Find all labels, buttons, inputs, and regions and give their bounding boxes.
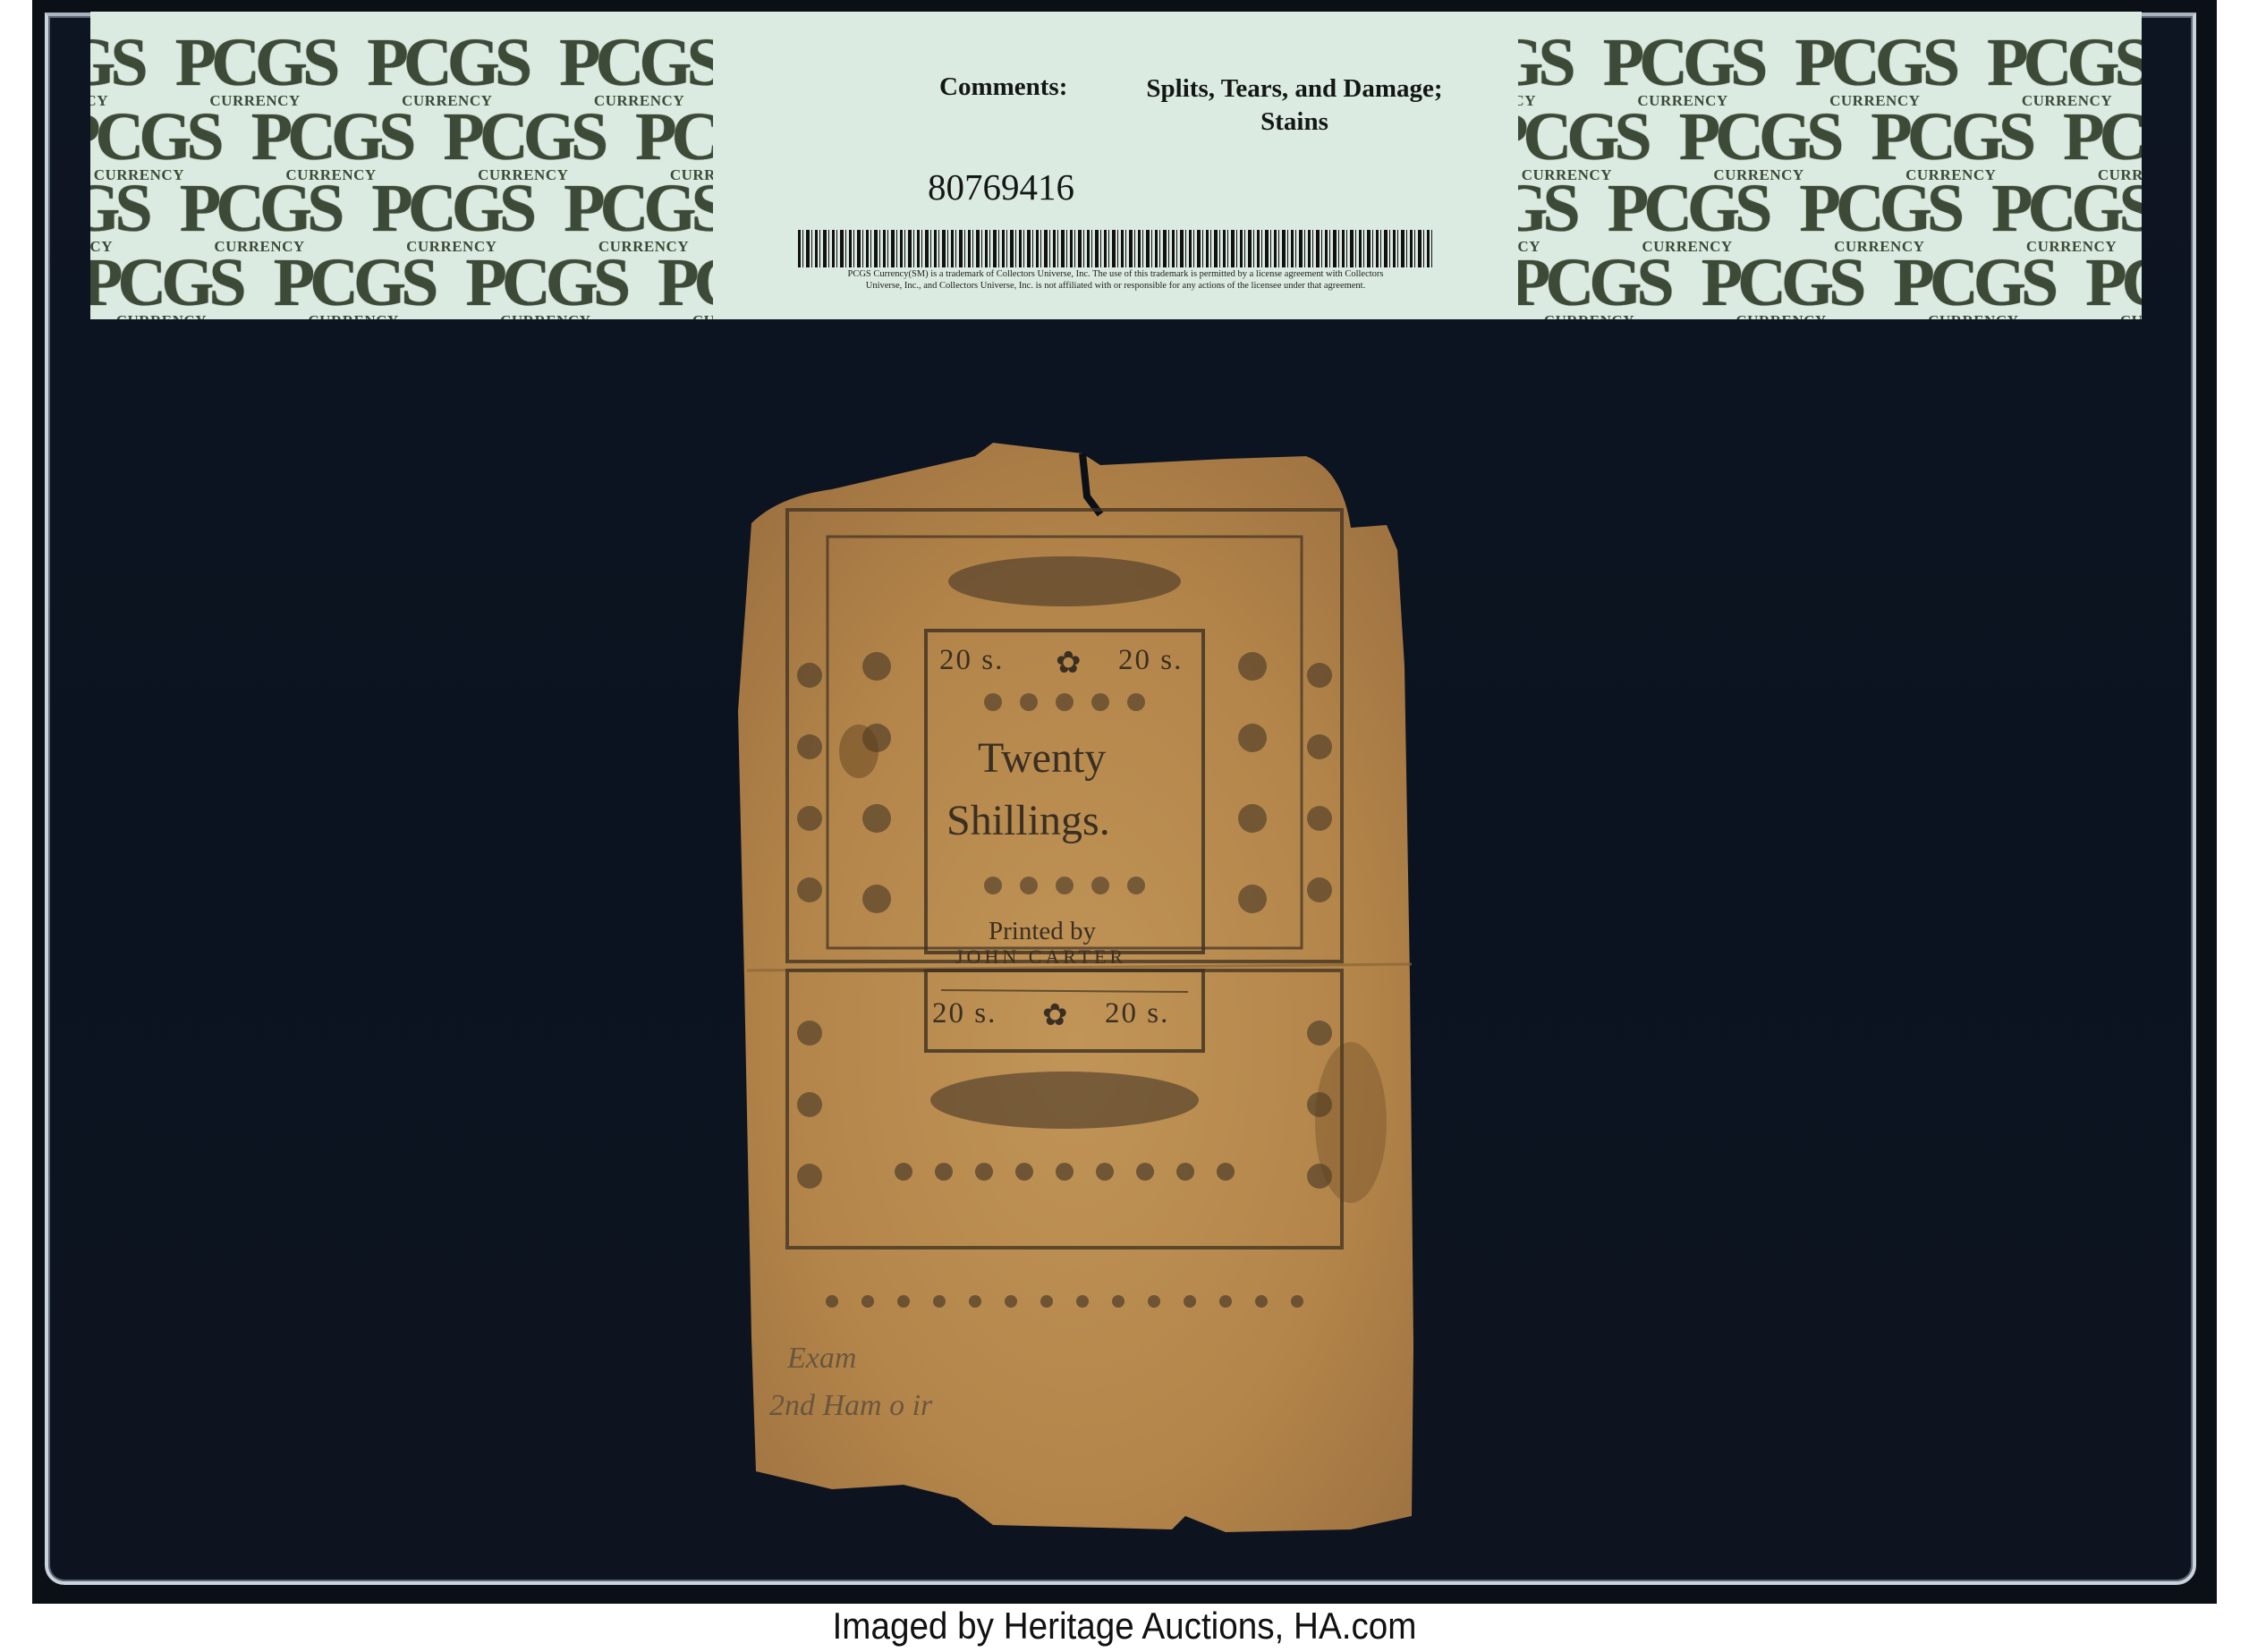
denomination-top-left: 20 s.	[939, 644, 1004, 677]
pcgs-logo-icon: PCGSCURRENCY	[1518, 177, 1575, 254]
pcgs-logo-icon: PCGSCURRENCY	[90, 31, 143, 108]
pcgs-logo-icon: PCGSCURRENCY	[1702, 251, 1862, 319]
pattern-row: PCGSCURRENCYPCGSCURRENCYPCGSCURRENCYPCGS…	[90, 251, 713, 319]
label-info: Comments: Splits, Tears, and Damage; Sta…	[713, 12, 1518, 319]
note-title-line-2: Shillings.	[946, 796, 1110, 845]
pcgs-logo-icon: PCGSCURRENCY	[1987, 31, 2142, 108]
trademark-notice: PCGS Currency(SM) is a trademark of Coll…	[767, 268, 1464, 292]
comments-text: Splits, Tears, and Damage; Stains	[1142, 72, 1447, 139]
rosette-icon: ✿	[1042, 997, 1068, 1033]
pcgs-logo-icon: PCGSCURRENCY	[465, 251, 625, 319]
pcgs-logo-icon: PCGSCURRENCY	[274, 251, 434, 319]
colonial-banknote: 20 s. 20 s. ✿ Twenty Shillings. Printed …	[725, 443, 1415, 1541]
pcgs-logo-icon: PCGSCURRENCY	[1795, 31, 1955, 108]
barcode-icon	[798, 230, 1433, 267]
note-title-line-1: Twenty	[978, 733, 1106, 783]
pcgs-logo-icon: PCGSCURRENCY	[1603, 31, 1763, 108]
pcgs-logo-icon: PCGSCURRENCY	[1518, 251, 1669, 319]
pattern-row: PCGSCURRENCYPCGSCURRENCYPCGSCURRENCYPCGS…	[1518, 31, 2142, 108]
printer-name: JOHN CARTER	[955, 945, 1126, 969]
security-pattern-right: PCGSCURRENCYPCGSCURRENCYPCGSCURRENCYPCGS…	[1518, 12, 2142, 319]
pcgs-logo-icon: PCGSCURRENCY	[559, 31, 713, 108]
pattern-row: PCGSCURRENCYPCGSCURRENCYPCGSCURRENCYPCGS…	[90, 177, 713, 254]
pcgs-label: PCGSCURRENCYPCGSCURRENCYPCGSCURRENCYPCGS…	[90, 12, 2142, 319]
pcgs-logo-icon: PCGSCURRENCY	[175, 31, 335, 108]
trademark-line-2: Universe, Inc., and Collectors Universe,…	[767, 280, 1464, 292]
pcgs-logo-icon: PCGSCURRENCY	[2085, 251, 2142, 319]
handwritten-annotation-2: 2nd Ham o ir	[769, 1389, 932, 1423]
pattern-row: PCGSCURRENCYPCGSCURRENCYPCGSCURRENCYPCGS…	[1518, 251, 2142, 319]
denomination-bottom-right: 20 s.	[1105, 997, 1169, 1030]
denomination-bottom-left: 20 s.	[932, 997, 997, 1030]
pcgs-logo-icon: PCGSCURRENCY	[1518, 31, 1571, 108]
comments-label: Comments:	[939, 72, 1067, 102]
pattern-row: PCGSCURRENCYPCGSCURRENCYPCGSCURRENCYPCGS…	[90, 31, 713, 108]
pcgs-logo-icon: PCGSCURRENCY	[564, 177, 713, 254]
pcgs-logo-icon: PCGSCURRENCY	[1893, 251, 2053, 319]
pcgs-logo-icon: PCGSCURRENCY	[658, 251, 713, 319]
comments-line-1: Splits, Tears, and Damage;	[1142, 72, 1447, 106]
pcgs-logo-icon: PCGSCURRENCY	[1991, 177, 2142, 254]
security-pattern-left: PCGSCURRENCYPCGSCURRENCYPCGSCURRENCYPCGS…	[90, 12, 713, 319]
rosette-icon: ✿	[1056, 645, 1082, 681]
pcgs-logo-icon: PCGSCURRENCY	[1799, 177, 1959, 254]
pcgs-logo-icon: PCGSCURRENCY	[90, 251, 242, 319]
trademark-line-1: PCGS Currency(SM) is a trademark of Coll…	[767, 268, 1464, 280]
handwritten-annotation-1: Exam	[787, 1342, 856, 1376]
pcgs-logo-icon: PCGSCURRENCY	[367, 31, 527, 108]
denomination-top-right: 20 s.	[1118, 644, 1183, 677]
printed-by: Printed by	[989, 917, 1096, 946]
image-credit-caption: Imaged by Heritage Auctions, HA.com	[90, 1604, 2160, 1652]
banknote-paper-icon	[725, 443, 1415, 1541]
pcgs-logo-icon: PCGSCURRENCY	[1608, 177, 1768, 254]
pcgs-logo-icon: PCGSCURRENCY	[180, 177, 340, 254]
cert-number: 80769416	[928, 165, 1074, 208]
pcgs-logo-icon: PCGSCURRENCY	[90, 177, 148, 254]
pcgs-logo-icon: PCGSCURRENCY	[371, 177, 531, 254]
pattern-row: PCGSCURRENCYPCGSCURRENCYPCGSCURRENCYPCGS…	[1518, 177, 2142, 254]
comments-line-2: Stains	[1142, 106, 1447, 139]
